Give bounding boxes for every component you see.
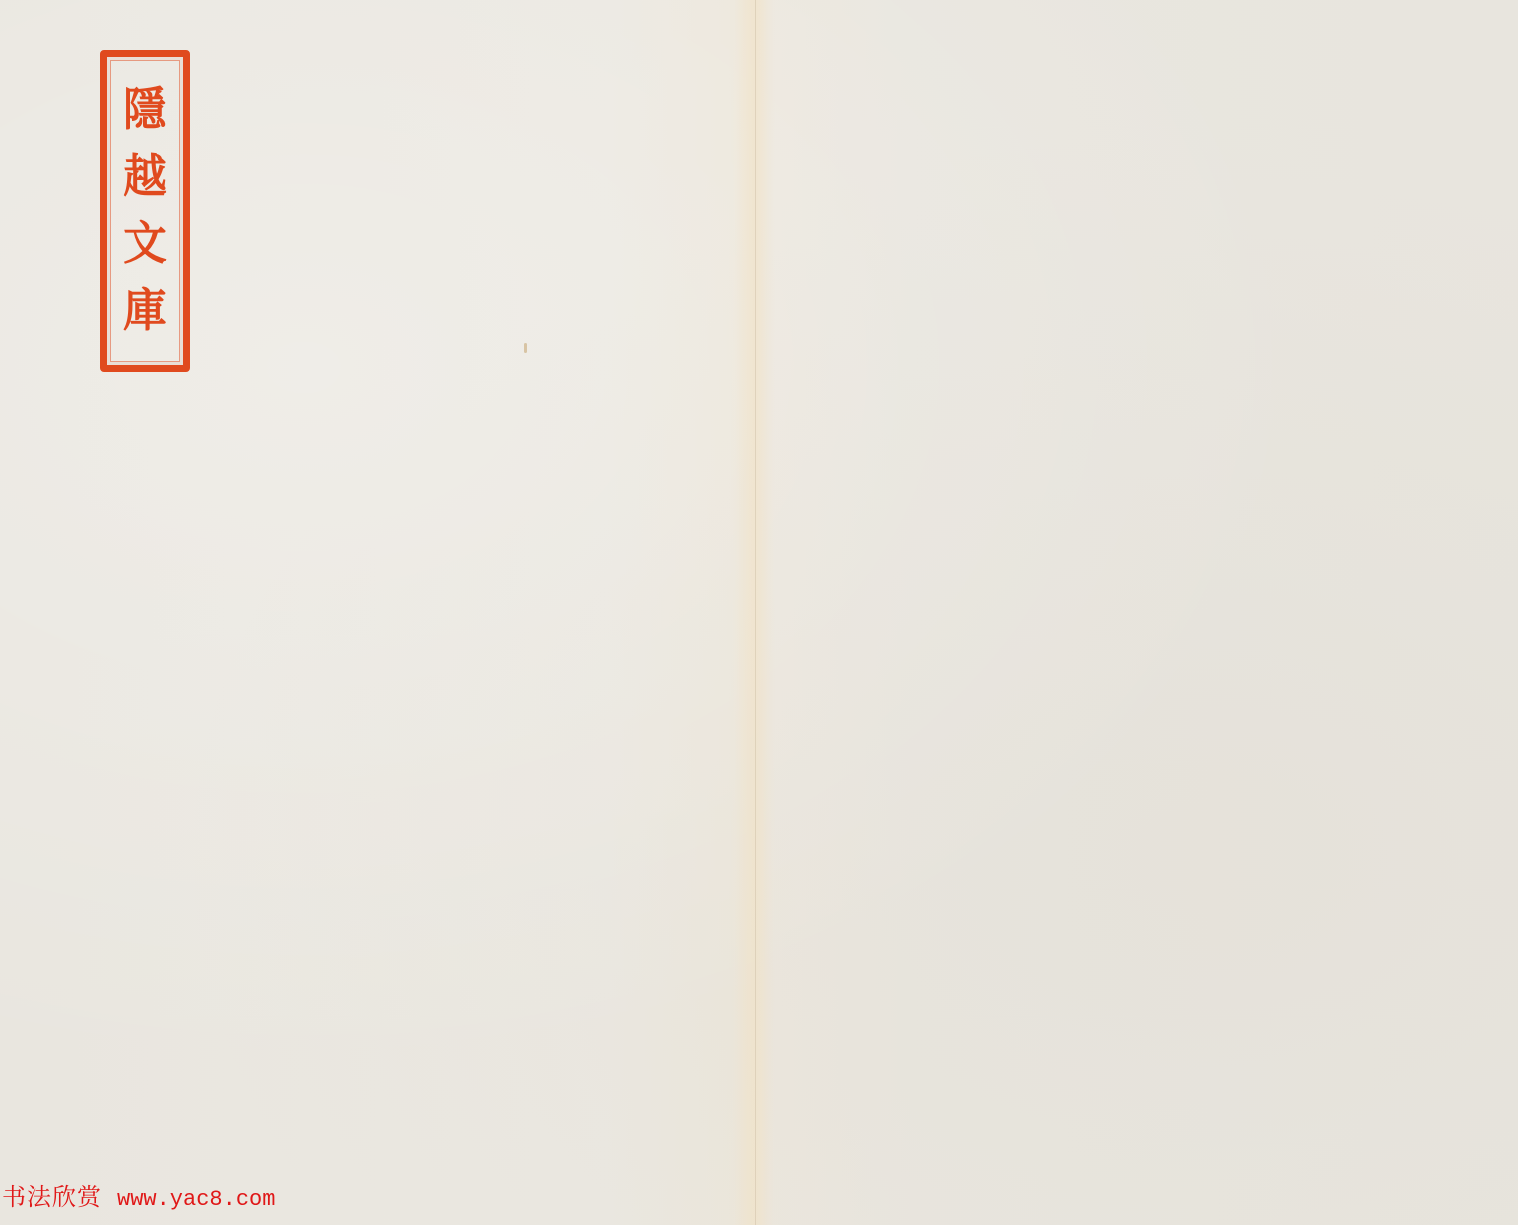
seal-character: 庫 bbox=[123, 287, 167, 333]
center-fold-line bbox=[755, 0, 756, 1225]
watermark-chinese-text: 书法欣赏 bbox=[2, 1183, 102, 1211]
album-page: 隱 越 文 庫 书法欣赏 www.yac8.com bbox=[0, 0, 1518, 1225]
watermark-url: www.yac8.com bbox=[117, 1187, 275, 1212]
site-watermark: 书法欣赏 www.yac8.com bbox=[2, 1183, 275, 1214]
seal-character: 文 bbox=[123, 220, 167, 266]
paper-speck bbox=[524, 343, 527, 353]
seal-character: 越 bbox=[123, 153, 167, 199]
seal-character: 隱 bbox=[123, 86, 167, 132]
collector-seal: 隱 越 文 庫 bbox=[100, 50, 190, 372]
